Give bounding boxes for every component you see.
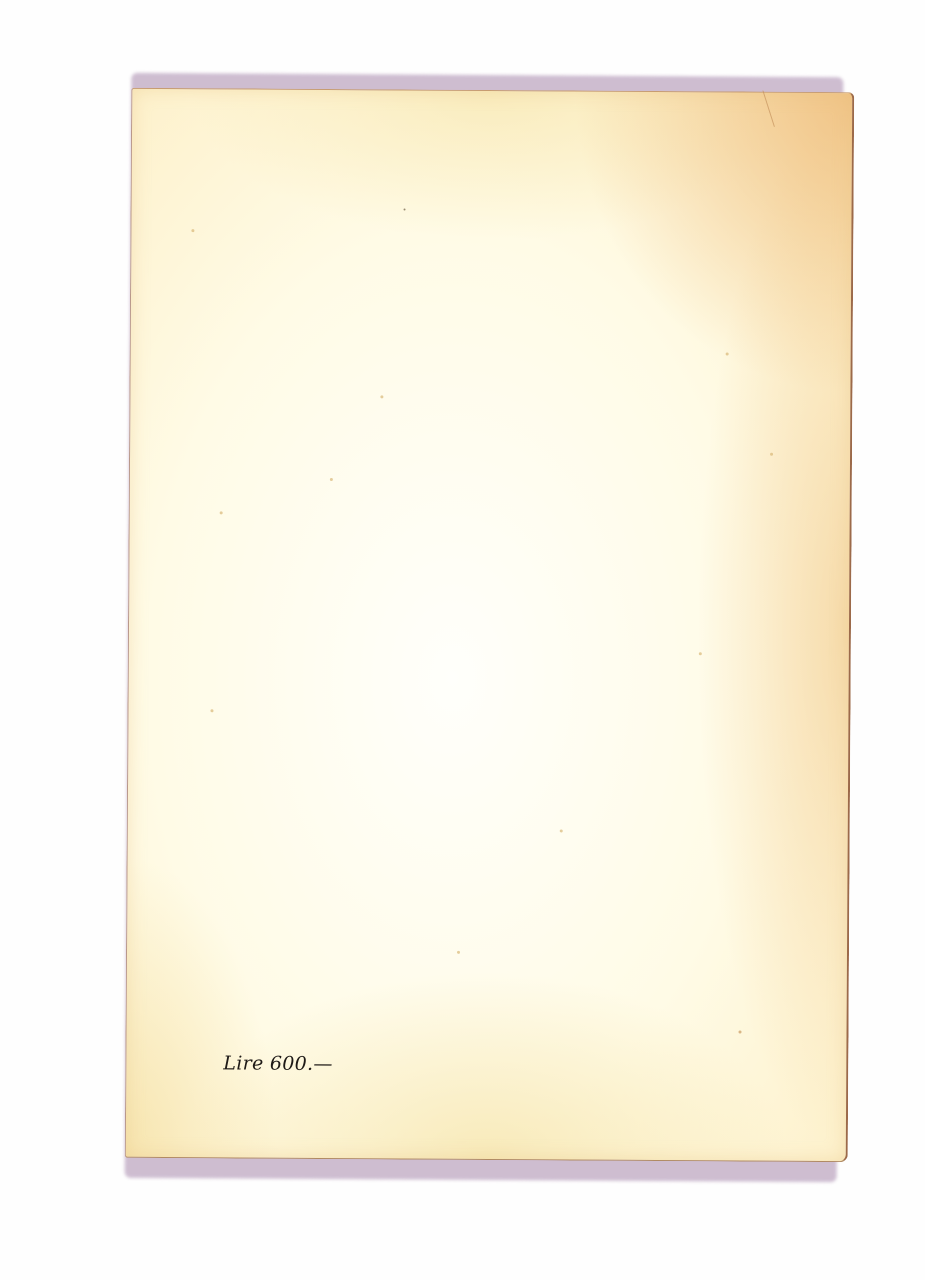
paper-speck: [726, 352, 729, 355]
paper-speck: [220, 511, 223, 514]
paper-speck: [699, 652, 702, 655]
corner-crease: [748, 91, 774, 127]
scan-background: Lire 600.—: [0, 0, 925, 1280]
paper-speck: [210, 709, 213, 712]
paper-speck: [404, 208, 406, 210]
paper-speck: [191, 229, 194, 232]
price-label: Lire 600.—: [223, 1052, 333, 1075]
paper-speck: [770, 453, 773, 456]
paper-speck: [380, 395, 383, 398]
paper-speck: [330, 478, 333, 481]
paper-speck: [560, 829, 563, 832]
paper-speck: [457, 951, 460, 954]
paper-speck: [739, 1031, 742, 1034]
book-back-cover: Lire 600.—: [125, 88, 855, 1162]
